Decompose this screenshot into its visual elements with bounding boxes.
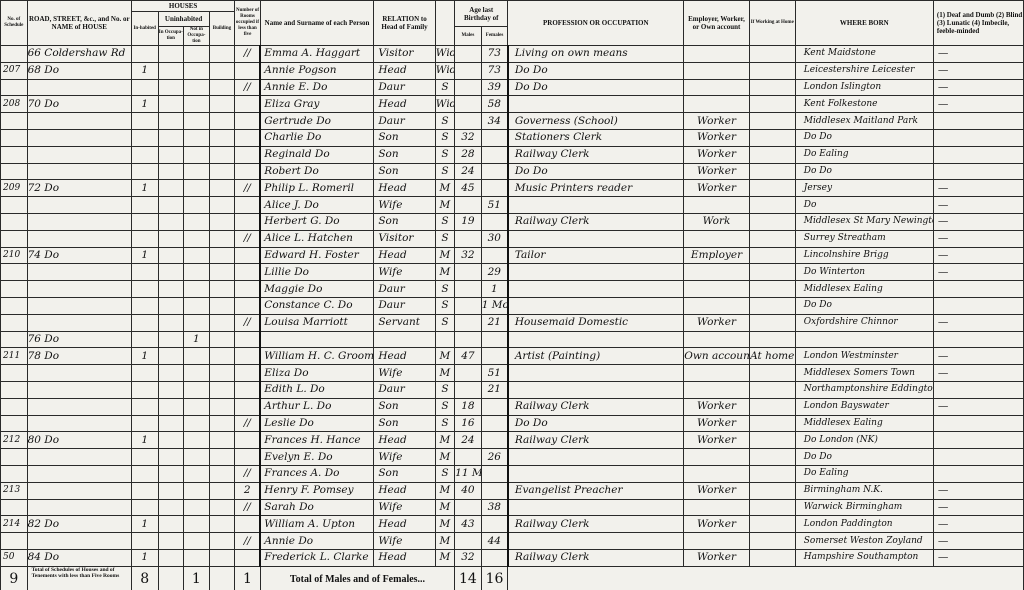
male-age-cell	[455, 264, 482, 281]
rooms-cell: //	[235, 79, 261, 96]
employer-status-cell	[684, 499, 749, 516]
rooms-cell	[235, 348, 261, 365]
male-age-cell	[455, 499, 482, 516]
employer-status-cell	[684, 297, 749, 314]
rooms-cell	[235, 96, 261, 113]
uninhabited-in-occupation-cell	[158, 297, 184, 314]
where-born-cell: Kent Maidstone	[795, 46, 933, 63]
relation-cell: Head	[374, 96, 435, 113]
female-age-cell	[481, 129, 508, 146]
building-cell	[209, 331, 235, 348]
female-age-cell: 34	[481, 113, 508, 130]
male-age-cell: 24	[455, 432, 482, 449]
address-cell	[27, 415, 131, 432]
address-cell	[27, 449, 131, 466]
employer-status-cell	[684, 365, 749, 382]
uninhabited-not-in-occupation-cell	[184, 113, 210, 130]
building-cell	[209, 549, 235, 566]
employer-status-cell	[684, 46, 749, 63]
uninhabited-not-in-occupation-cell	[184, 465, 210, 482]
census-enumeration-table: No. of Schedule ROAD, STREET, &c., and N…	[0, 0, 1024, 590]
building-cell	[209, 113, 235, 130]
schedule-no-cell	[1, 281, 28, 298]
total-schedules: 9	[1, 566, 28, 590]
address-cell	[27, 213, 131, 230]
person-name-cell: Frances H. Hance	[260, 432, 374, 449]
condition-cell: Wid	[435, 62, 454, 79]
uninhabited-not-in-occupation-cell	[184, 533, 210, 550]
working-at-home-cell	[749, 264, 795, 281]
employer-status-cell: Worker	[684, 516, 749, 533]
working-at-home-cell	[749, 129, 795, 146]
rooms-cell: 2	[235, 482, 261, 499]
schedule-no-cell	[1, 129, 28, 146]
building-cell	[209, 46, 235, 63]
male-age-cell	[455, 197, 482, 214]
census-row: Arthur L. DoSonS18Railway ClerkWorkerLon…	[1, 398, 1024, 415]
condition-cell: S	[435, 415, 454, 432]
male-age-cell	[455, 297, 482, 314]
infirmity-cell: —	[933, 482, 1023, 499]
building-cell	[209, 281, 235, 298]
inhabited-cell	[131, 533, 158, 550]
rooms-cell	[235, 516, 261, 533]
rooms-cell	[235, 331, 261, 348]
occupation-cell: Evangelist Preacher	[508, 482, 684, 499]
uninhabited-not-in-occupation-cell	[184, 432, 210, 449]
uninhabited-not-in-occupation-cell	[184, 449, 210, 466]
female-age-cell: 44	[481, 533, 508, 550]
header-relation: RELATION to Head of Family	[374, 1, 435, 46]
rooms-cell: //	[235, 533, 261, 550]
census-row: Robert DoSonS24Do DoWorkerDo Do	[1, 163, 1024, 180]
male-age-cell: 43	[455, 516, 482, 533]
relation-cell: Daur	[374, 381, 435, 398]
working-at-home-cell	[749, 281, 795, 298]
infirmity-cell: —	[933, 62, 1023, 79]
employer-status-cell	[684, 197, 749, 214]
male-age-cell	[455, 365, 482, 382]
working-at-home-cell	[749, 213, 795, 230]
relation-cell: Head	[374, 62, 435, 79]
building-cell	[209, 516, 235, 533]
person-name-cell: Henry F. Pomsey	[260, 482, 374, 499]
schedule-no-cell: 209	[1, 180, 28, 197]
occupation-cell: Do Do	[508, 415, 684, 432]
census-row: 5084 Do1Frederick L. ClarkeHeadM32Railwa…	[1, 549, 1024, 566]
person-name-cell: Evelyn E. Do	[260, 449, 374, 466]
male-age-cell	[455, 281, 482, 298]
where-born-cell: Hampshire Southampton	[795, 549, 933, 566]
relation-cell: Son	[374, 146, 435, 163]
schedule-no-cell	[1, 264, 28, 281]
uninhabited-not-in-occupation-cell	[184, 297, 210, 314]
schedule-no-cell	[1, 415, 28, 432]
female-age-cell	[481, 398, 508, 415]
working-at-home-cell	[749, 365, 795, 382]
building-cell	[209, 213, 235, 230]
building-cell	[209, 398, 235, 415]
relation-cell: Son	[374, 415, 435, 432]
rooms-cell	[235, 297, 261, 314]
inhabited-cell	[131, 79, 158, 96]
building-cell	[209, 533, 235, 550]
census-row: 2132Henry F. PomseyHeadM40Evangelist Pre…	[1, 482, 1024, 499]
occupation-cell	[508, 96, 684, 113]
person-name-cell: Edith L. Do	[260, 381, 374, 398]
uninhabited-not-in-occupation-cell	[184, 516, 210, 533]
inhabited-cell	[131, 331, 158, 348]
female-age-cell: 51	[481, 365, 508, 382]
employer-status-cell: Worker	[684, 163, 749, 180]
where-born-cell: Do London (NK)	[795, 432, 933, 449]
total-inhabited: 8	[131, 566, 158, 590]
employer-status-cell	[684, 533, 749, 550]
schedule-no-cell	[1, 381, 28, 398]
inhabited-cell	[131, 381, 158, 398]
address-cell	[27, 264, 131, 281]
header-infirmity: (1) Deaf and Dumb (2) Blind (3) Lunatic …	[933, 1, 1023, 46]
uninhabited-not-in-occupation-cell	[184, 549, 210, 566]
address-cell	[27, 197, 131, 214]
uninhabited-not-in-occupation-cell	[184, 79, 210, 96]
census-row: 20768 Do1Annie PogsonHeadWid73Do DoLeice…	[1, 62, 1024, 79]
uninhabited-not-in-occupation-cell	[184, 415, 210, 432]
address-cell: 78 Do	[27, 348, 131, 365]
condition-cell: S	[435, 281, 454, 298]
address-cell	[27, 163, 131, 180]
rooms-cell	[235, 163, 261, 180]
occupation-cell: Artist (Painting)	[508, 348, 684, 365]
male-age-cell	[455, 62, 482, 79]
address-cell: 68 Do	[27, 62, 131, 79]
rooms-cell: //	[235, 46, 261, 63]
schedule-no-cell	[1, 163, 28, 180]
uninhabited-not-in-occupation-cell	[184, 163, 210, 180]
address-cell	[27, 129, 131, 146]
header-uninhabited: Uninhabited	[158, 12, 209, 27]
rooms-cell: //	[235, 180, 261, 197]
relation-cell: Wife	[374, 533, 435, 550]
employer-status-cell: Worker	[684, 180, 749, 197]
building-cell	[209, 180, 235, 197]
where-born-cell: London Westminster	[795, 348, 933, 365]
female-age-cell: 51	[481, 197, 508, 214]
total-uninh-occ	[158, 566, 184, 590]
census-row: Eliza DoWifeM51Middlesex Somers Town—	[1, 365, 1024, 382]
female-age-cell	[481, 482, 508, 499]
census-row: 21178 Do1William H. C. GroomeHeadM47Arti…	[1, 348, 1024, 365]
working-at-home-cell	[749, 482, 795, 499]
building-cell	[209, 197, 235, 214]
uninhabited-not-in-occupation-cell	[184, 247, 210, 264]
condition-cell: S	[435, 381, 454, 398]
where-born-cell: London Islington	[795, 79, 933, 96]
uninhabited-in-occupation-cell	[158, 230, 184, 247]
building-cell	[209, 365, 235, 382]
employer-status-cell: Worker	[684, 314, 749, 331]
totals-row: 9 Total of Schedules of Houses and of Te…	[1, 566, 1024, 590]
person-name-cell: William H. C. Groome	[260, 348, 374, 365]
working-at-home-cell	[749, 46, 795, 63]
schedule-no-cell: 50	[1, 549, 28, 566]
relation-cell: Son	[374, 465, 435, 482]
inhabited-cell: 1	[131, 432, 158, 449]
rooms-cell	[235, 432, 261, 449]
rooms-cell	[235, 281, 261, 298]
census-row: //Alice L. HatchenVisitorS30Surrey Strea…	[1, 230, 1024, 247]
male-age-cell	[455, 113, 482, 130]
female-age-cell: 73	[481, 46, 508, 63]
inhabited-cell	[131, 449, 158, 466]
condition-cell: M	[435, 348, 454, 365]
uninhabited-in-occupation-cell	[158, 129, 184, 146]
condition-cell: S	[435, 79, 454, 96]
census-row: //Annie E. DoDaurS39Do DoLondon Islingto…	[1, 79, 1024, 96]
occupation-cell	[508, 365, 684, 382]
condition-cell: M	[435, 449, 454, 466]
schedule-no-cell: 213	[1, 482, 28, 499]
where-born-cell: Do Ealing	[795, 465, 933, 482]
header-females: Females	[481, 27, 508, 46]
uninhabited-in-occupation-cell	[158, 213, 184, 230]
inhabited-cell: 1	[131, 549, 158, 566]
condition-cell: M	[435, 533, 454, 550]
uninhabited-in-occupation-cell	[158, 449, 184, 466]
address-cell	[27, 465, 131, 482]
working-at-home-cell	[749, 113, 795, 130]
header-condition: Condition as to Marriage	[435, 1, 454, 46]
header-rooms: Number of Rooms occupied if less than fi…	[235, 1, 261, 46]
building-cell	[209, 163, 235, 180]
female-age-cell: 21	[481, 381, 508, 398]
where-born-cell: London Paddington	[795, 516, 933, 533]
female-age-cell: 30	[481, 230, 508, 247]
occupation-cell: Railway Clerk	[508, 549, 684, 566]
infirmity-cell: —	[933, 398, 1023, 415]
infirmity-cell: —	[933, 197, 1023, 214]
person-name-cell: Louisa Marriott	[260, 314, 374, 331]
relation-cell: Daur	[374, 297, 435, 314]
relation-cell: Daur	[374, 281, 435, 298]
working-at-home-cell	[749, 146, 795, 163]
where-born-cell: Middlesex Ealing	[795, 281, 933, 298]
male-age-cell: 24	[455, 163, 482, 180]
infirmity-cell	[933, 146, 1023, 163]
address-cell	[27, 113, 131, 130]
uninhabited-in-occupation-cell	[158, 348, 184, 365]
address-cell	[27, 365, 131, 382]
inhabited-cell: 1	[131, 96, 158, 113]
condition-cell: M	[435, 549, 454, 566]
where-born-cell: Do	[795, 197, 933, 214]
occupation-cell	[508, 197, 684, 214]
female-age-cell: 26	[481, 449, 508, 466]
occupation-cell: Railway Clerk	[508, 213, 684, 230]
schedule-no-cell	[1, 449, 28, 466]
person-name-cell: William A. Upton	[260, 516, 374, 533]
rooms-cell: //	[235, 230, 261, 247]
male-age-cell: 47	[455, 348, 482, 365]
infirmity-cell: —	[933, 79, 1023, 96]
male-age-cell	[455, 46, 482, 63]
building-cell	[209, 297, 235, 314]
total-building	[209, 566, 235, 590]
male-age-cell	[455, 314, 482, 331]
infirmity-cell: —	[933, 549, 1023, 566]
inhabited-cell	[131, 415, 158, 432]
infirmity-cell: —	[933, 533, 1023, 550]
person-name-cell: Eliza Do	[260, 365, 374, 382]
where-born-cell	[795, 331, 933, 348]
female-age-cell	[481, 180, 508, 197]
condition-cell: S	[435, 398, 454, 415]
female-age-cell	[481, 247, 508, 264]
employer-status-cell	[684, 381, 749, 398]
schedule-no-cell	[1, 197, 28, 214]
uninhabited-not-in-occupation-cell	[184, 96, 210, 113]
occupation-cell: Tailor	[508, 247, 684, 264]
occupation-cell: Railway Clerk	[508, 398, 684, 415]
condition-cell: M	[435, 482, 454, 499]
infirmity-cell: —	[933, 180, 1023, 197]
building-cell	[209, 314, 235, 331]
census-row: 21482 Do1William A. UptonHeadM43Railway …	[1, 516, 1024, 533]
address-cell: 70 Do	[27, 96, 131, 113]
working-at-home-cell	[749, 247, 795, 264]
employer-status-cell: Worker	[684, 129, 749, 146]
where-born-cell: Kent Folkestone	[795, 96, 933, 113]
working-at-home-cell	[749, 62, 795, 79]
uninhabited-in-occupation-cell	[158, 314, 184, 331]
uninhabited-in-occupation-cell	[158, 96, 184, 113]
census-row: 21280 Do1Frances H. HanceHeadM24Railway …	[1, 432, 1024, 449]
occupation-cell	[508, 499, 684, 516]
inhabited-cell	[131, 297, 158, 314]
census-row: //Leslie DoSonS16Do DoWorkerMiddlesex Ea…	[1, 415, 1024, 432]
working-at-home-cell	[749, 449, 795, 466]
uninhabited-not-in-occupation-cell	[184, 62, 210, 79]
condition-cell: Wid	[435, 46, 454, 63]
uninhabited-not-in-occupation-cell	[184, 398, 210, 415]
census-row: Charlie DoSonS32Stationers ClerkWorkerDo…	[1, 129, 1024, 146]
uninhabited-not-in-occupation-cell	[184, 314, 210, 331]
census-row: Lillie DoWifeM29Do Winterton—	[1, 264, 1024, 281]
census-row: 21074 Do1Edward H. FosterHeadM32TailorEm…	[1, 247, 1024, 264]
person-name-cell: Maggie Do	[260, 281, 374, 298]
schedule-no-cell	[1, 297, 28, 314]
occupation-cell	[508, 281, 684, 298]
building-cell	[209, 230, 235, 247]
rooms-cell: //	[235, 415, 261, 432]
male-age-cell: 16	[455, 415, 482, 432]
schedule-no-cell: 214	[1, 516, 28, 533]
census-row: 76 Do1	[1, 331, 1024, 348]
address-cell	[27, 499, 131, 516]
address-cell	[27, 314, 131, 331]
uninhabited-in-occupation-cell	[158, 281, 184, 298]
where-born-cell: Somerset Weston Zoyland	[795, 533, 933, 550]
person-name-cell: Frederick L. Clarke	[260, 549, 374, 566]
male-age-cell: 32	[455, 129, 482, 146]
male-age-cell	[455, 331, 482, 348]
schedule-no-cell	[1, 331, 28, 348]
total-females: 16	[481, 566, 508, 590]
inhabited-cell: 1	[131, 62, 158, 79]
building-cell	[209, 381, 235, 398]
person-name-cell: Annie Do	[260, 533, 374, 550]
schedule-no-cell	[1, 213, 28, 230]
address-cell	[27, 146, 131, 163]
condition-cell: S	[435, 230, 454, 247]
inhabited-cell	[131, 213, 158, 230]
census-row: 20870 Do1Eliza GrayHeadWid58Kent Folkest…	[1, 96, 1024, 113]
male-age-cell	[455, 533, 482, 550]
building-cell	[209, 264, 235, 281]
header-schedule-no: No. of Schedule	[1, 1, 28, 46]
header-inhabited: In-habited	[131, 12, 158, 46]
uninhabited-not-in-occupation-cell	[184, 129, 210, 146]
uninhabited-in-occupation-cell	[158, 365, 184, 382]
address-cell: 66 Coldershaw Rd	[27, 46, 131, 63]
where-born-cell: Leicestershire Leicester	[795, 62, 933, 79]
condition-cell: M	[435, 197, 454, 214]
where-born-cell: Do Ealing	[795, 146, 933, 163]
female-age-cell	[481, 465, 508, 482]
total-uninh-not: 1	[184, 566, 210, 590]
census-row: Reginald DoSonS28Railway ClerkWorkerDo E…	[1, 146, 1024, 163]
working-at-home-cell	[749, 197, 795, 214]
uninhabited-in-occupation-cell	[158, 264, 184, 281]
infirmity-cell: —	[933, 348, 1023, 365]
occupation-cell	[508, 264, 684, 281]
header-employer: Employer, Worker, or Own account	[684, 1, 749, 46]
person-name-cell	[260, 331, 374, 348]
relation-cell	[374, 331, 435, 348]
inhabited-cell	[131, 465, 158, 482]
infirmity-cell: —	[933, 365, 1023, 382]
occupation-cell: Housemaid Domestic	[508, 314, 684, 331]
building-cell	[209, 129, 235, 146]
rooms-cell	[235, 247, 261, 264]
relation-cell: Wife	[374, 197, 435, 214]
where-born-cell: London Bayswater	[795, 398, 933, 415]
schedule-no-cell	[1, 113, 28, 130]
schedule-no-cell	[1, 230, 28, 247]
male-age-cell: 32	[455, 549, 482, 566]
uninhabited-in-occupation-cell	[158, 465, 184, 482]
census-row: //Sarah DoWifeM38Warwick Birmingham—	[1, 499, 1024, 516]
person-name-cell: Alice J. Do	[260, 197, 374, 214]
uninhabited-not-in-occupation-cell: 1	[184, 331, 210, 348]
female-age-cell: 21	[481, 314, 508, 331]
occupation-cell: Do Do	[508, 79, 684, 96]
female-age-cell	[481, 415, 508, 432]
occupation-cell: Railway Clerk	[508, 516, 684, 533]
male-age-cell	[455, 449, 482, 466]
total-schedules-label: Total of Schedules of Houses and of Tene…	[27, 566, 131, 590]
employer-status-cell: Worker	[684, 482, 749, 499]
person-name-cell: Leslie Do	[260, 415, 374, 432]
condition-cell: Wid	[435, 96, 454, 113]
uninhabited-in-occupation-cell	[158, 46, 184, 63]
relation-cell: Son	[374, 163, 435, 180]
inhabited-cell	[131, 398, 158, 415]
condition-cell: S	[435, 297, 454, 314]
rooms-cell	[235, 146, 261, 163]
census-row: Maggie DoDaurS1Middlesex Ealing	[1, 281, 1024, 298]
uninhabited-in-occupation-cell	[158, 516, 184, 533]
